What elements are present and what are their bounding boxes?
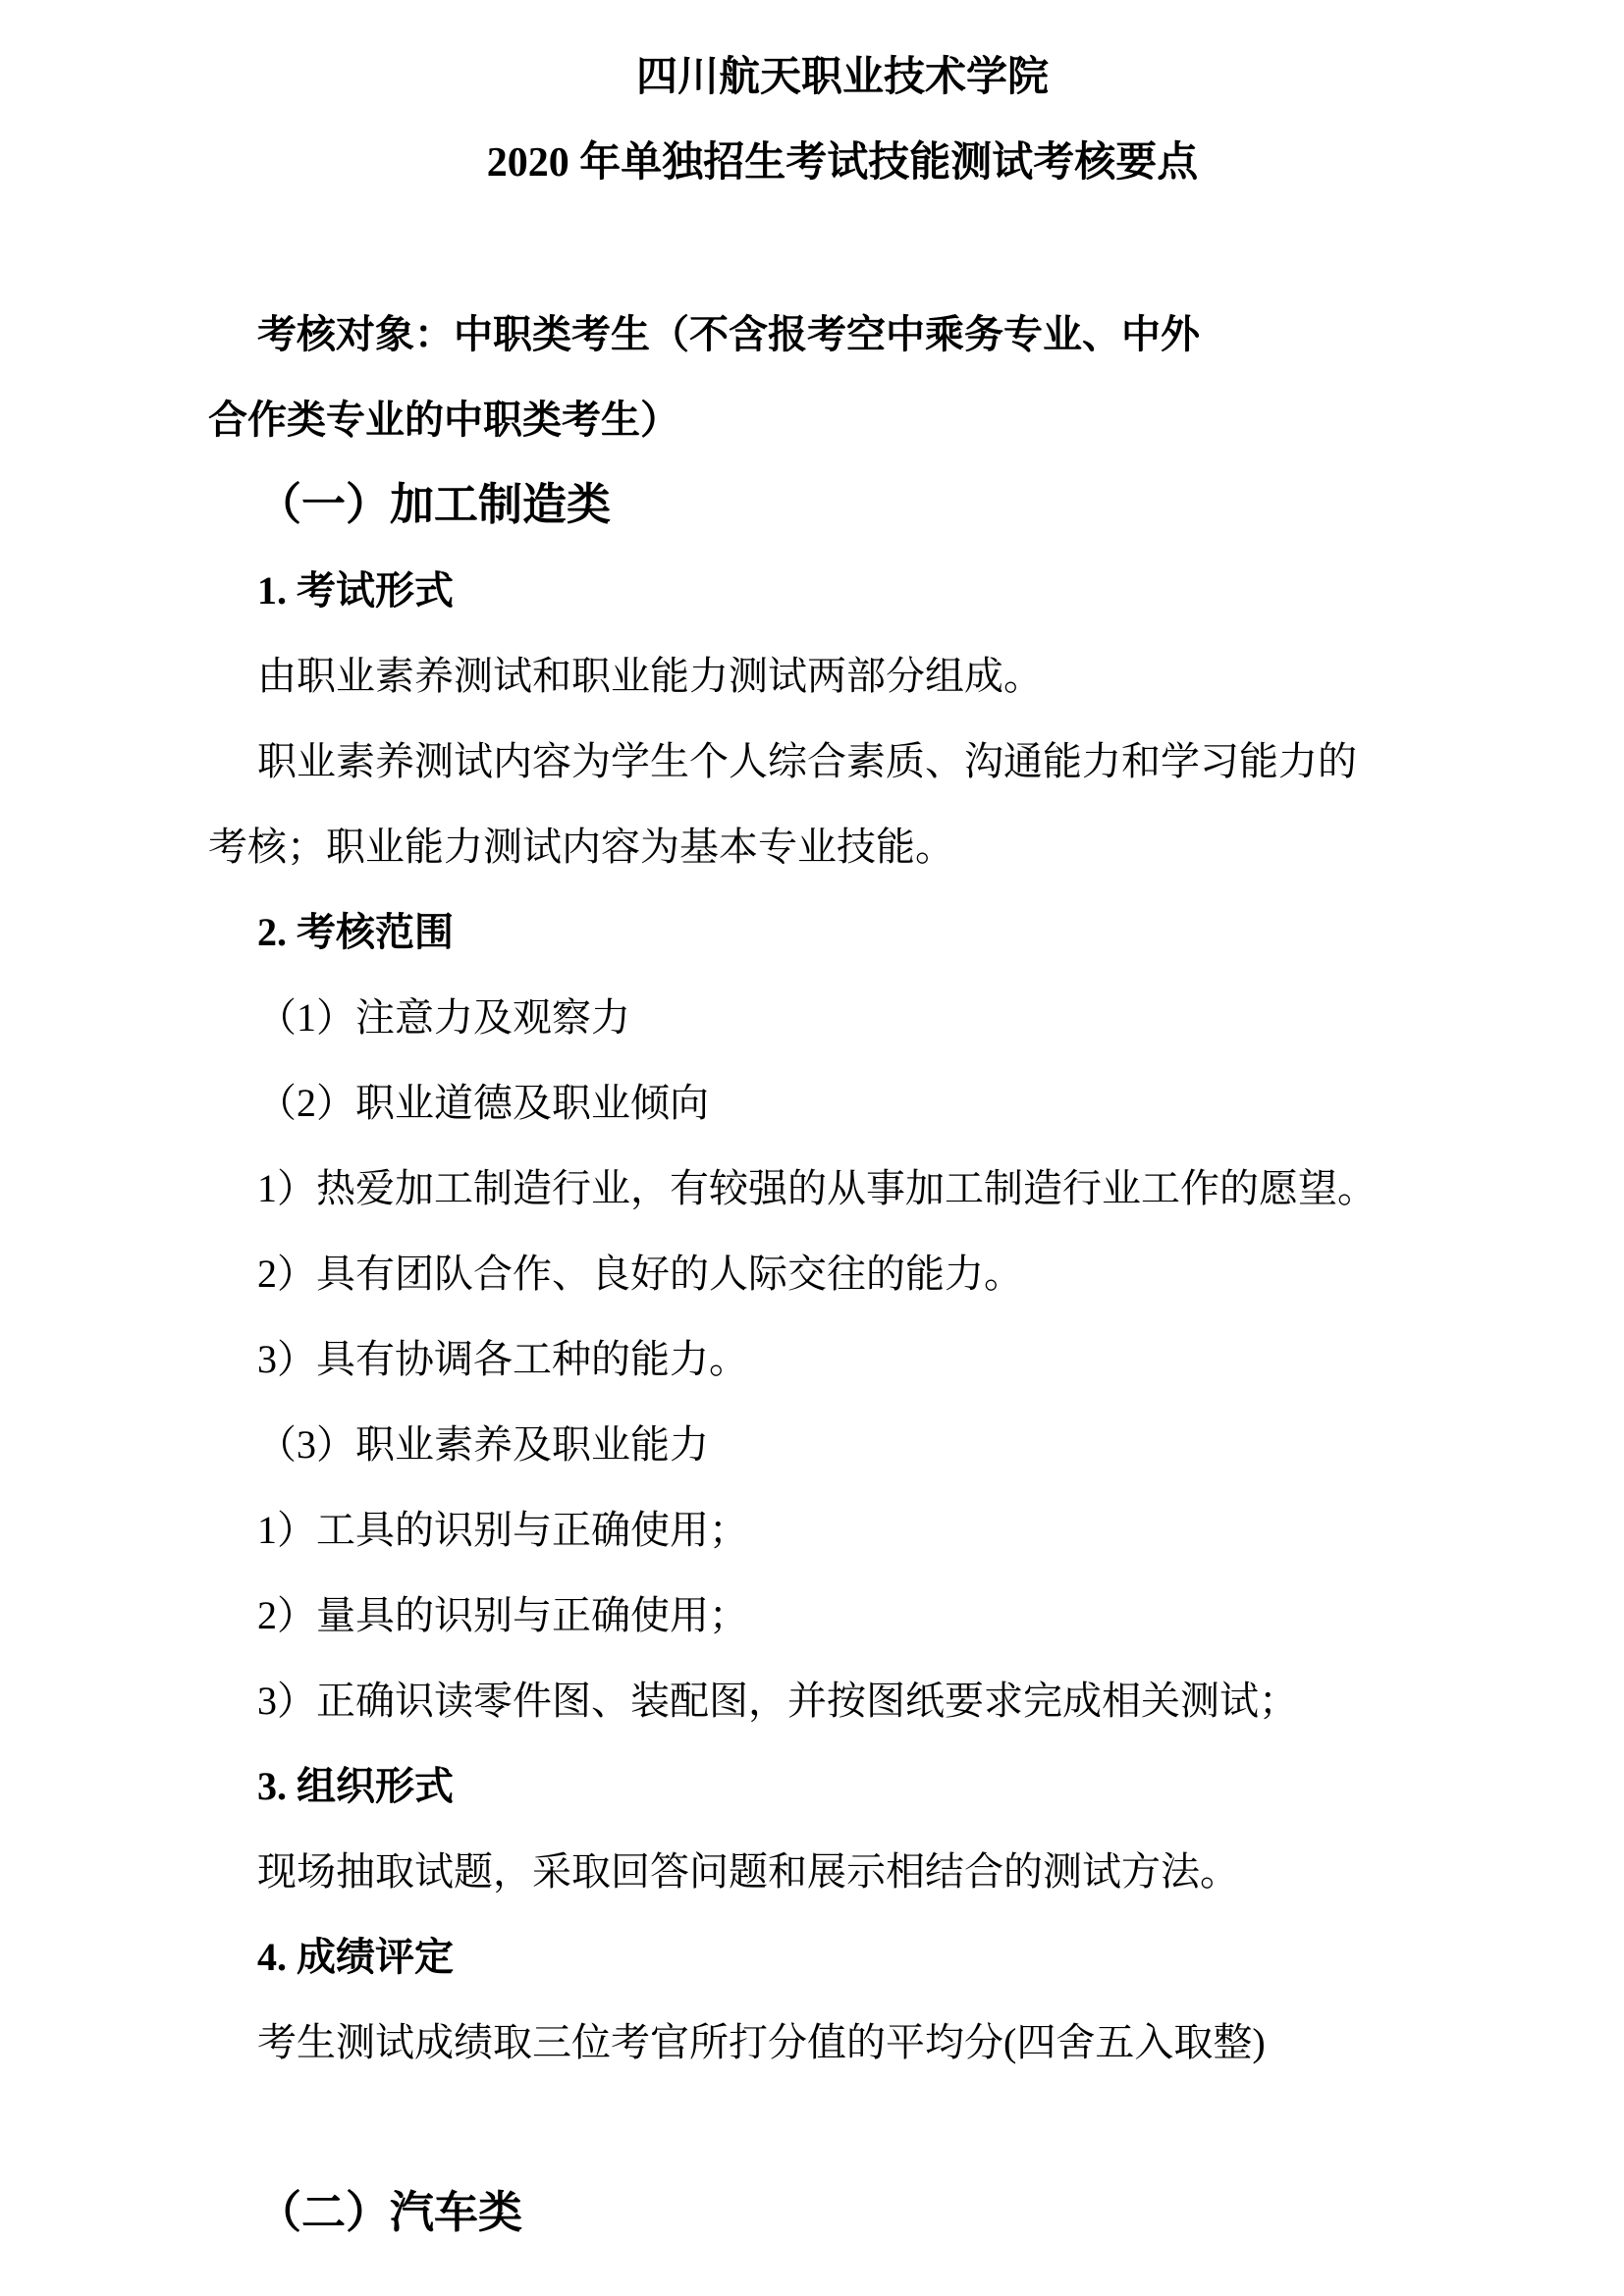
scope-item-1: （1）注意力及观察力 <box>208 975 1477 1060</box>
document-page: 四川航天职业技术学院 2020 年单独招生考试技能测试考核要点 考核对象：中职类… <box>0 0 1624 2296</box>
section-manufacturing-heading: （一）加工制造类 <box>208 462 1477 548</box>
assessment-scope-heading: 2. 考核范围 <box>208 889 1477 975</box>
assessment-target-line2: 合作类专业的中职类考生） <box>208 377 1477 462</box>
scope-item-2-sub-3: 3）具有协调各工种的能力。 <box>208 1316 1477 1402</box>
blank-line <box>208 206 1477 292</box>
exam-format-body-line1: 由职业素养测试和职业能力测试两部分组成。 <box>208 633 1477 719</box>
organization-format-heading: 3. 组织形式 <box>208 1743 1477 1829</box>
scope-item-3-sub-2: 2）量具的识别与正确使用； <box>208 1573 1477 1658</box>
scope-item-2: （2）职业道德及职业倾向 <box>208 1060 1477 1146</box>
blank-line <box>208 2085 1477 2170</box>
exam-format-body-line3: 考核；职业能力测试内容为基本专业技能。 <box>208 804 1477 889</box>
assessment-target-line1: 考核对象：中职类考生（不含报考空中乘务专业、中外 <box>208 292 1477 377</box>
score-evaluation-heading: 4. 成绩评定 <box>208 1914 1477 2000</box>
section-automotive-heading: （二）汽车类 <box>208 2170 1477 2256</box>
scope-item-3-sub-3: 3）正确识读零件图、装配图，并按图纸要求完成相关测试； <box>208 1658 1477 1743</box>
document-title-line2: 2020 年单独招生考试技能测试考核要点 <box>208 121 1477 206</box>
document-title-line1: 四川航天职业技术学院 <box>208 35 1477 121</box>
exam-format-body-line2: 职业素养测试内容为学生个人综合素质、沟通能力和学习能力的 <box>208 719 1477 804</box>
organization-format-body: 现场抽取试题，采取回答问题和展示相结合的测试方法。 <box>208 1829 1477 1914</box>
exam-format-heading: 1. 考试形式 <box>208 548 1477 633</box>
scope-item-3-sub-1: 1）工具的识别与正确使用； <box>208 1487 1477 1573</box>
score-evaluation-body: 考生测试成绩取三位考官所打分值的平均分(四舍五入取整) <box>208 2000 1477 2085</box>
scope-item-2-sub-2: 2）具有团队合作、良好的人际交往的能力。 <box>208 1231 1477 1316</box>
scope-item-2-sub-1: 1）热爱加工制造行业，有较强的从事加工制造行业工作的愿望。 <box>208 1146 1477 1231</box>
scope-item-3: （3）职业素养及职业能力 <box>208 1402 1477 1487</box>
